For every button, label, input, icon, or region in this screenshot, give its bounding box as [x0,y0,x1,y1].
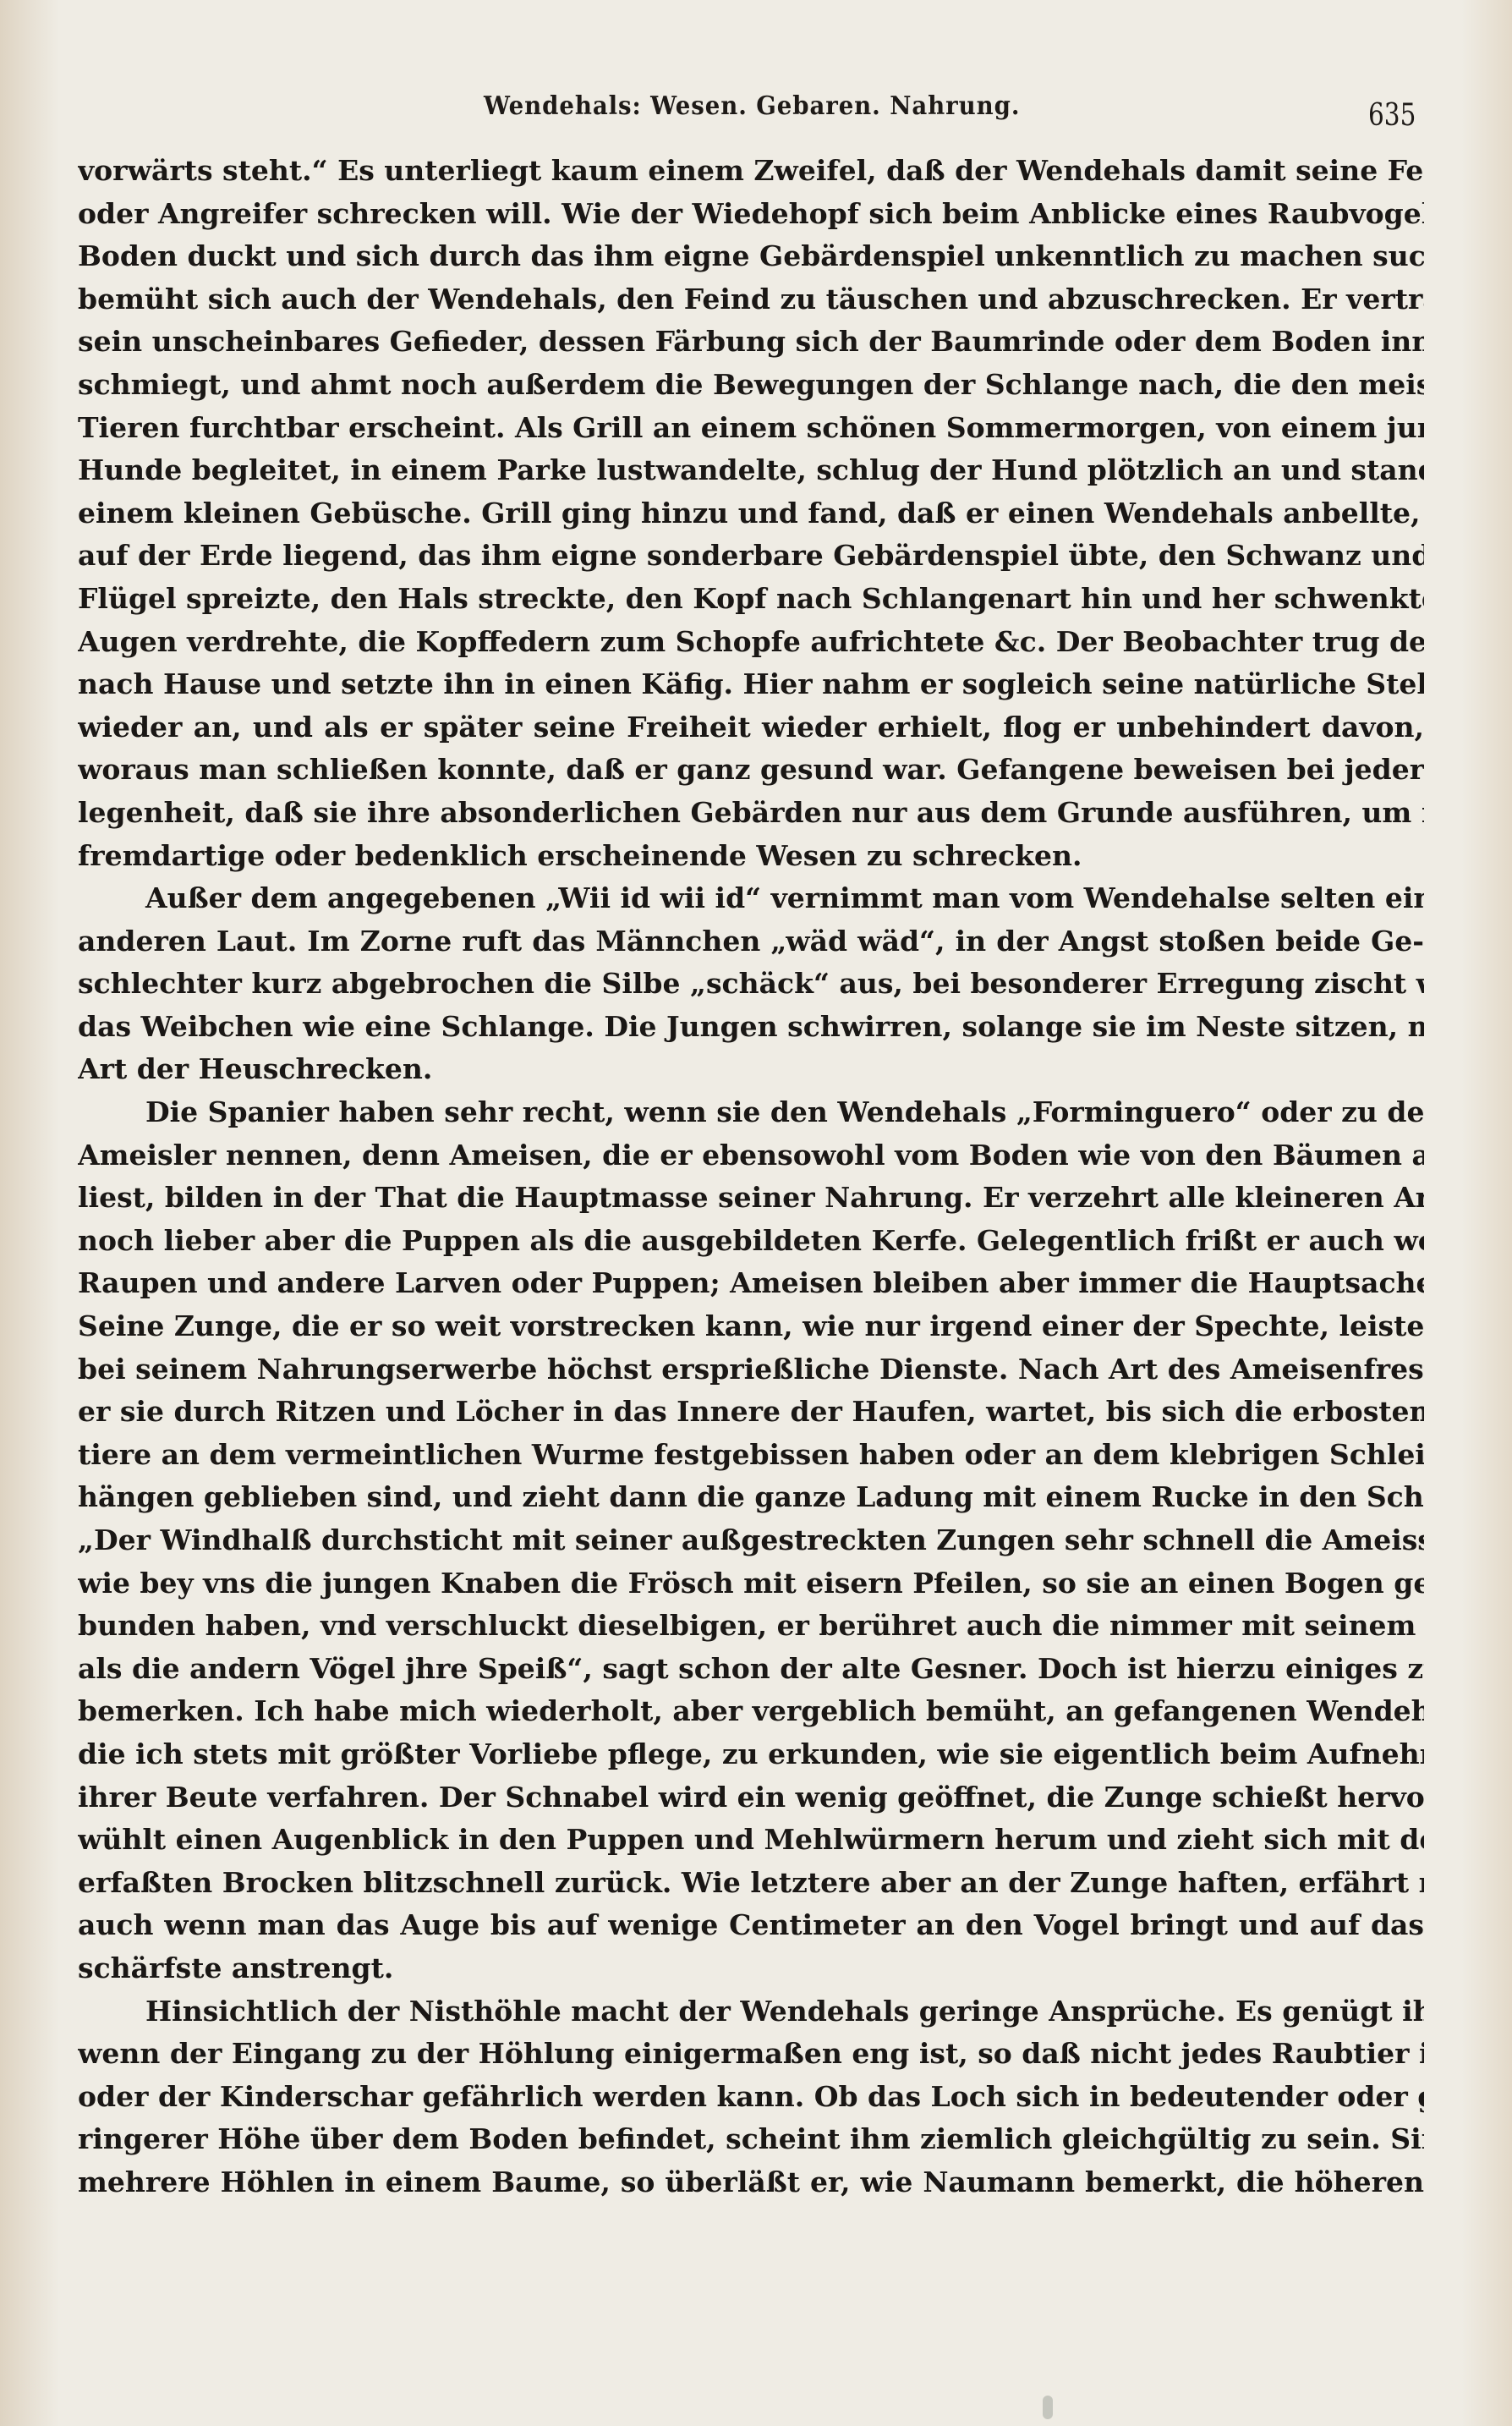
body-text: vorwärts steht.“ Es unterliegt kaum eine… [78,150,1424,2204]
text-line: Flügel spreizte, den Hals streckte, den … [78,578,1424,621]
text-line: erfaßten Brocken blitzschnell zurück. Wi… [78,1862,1424,1905]
text-line: sein unscheinbares Gefieder, dessen Färb… [78,321,1424,364]
text-line: Art der Heuschrecken. [78,1048,1424,1091]
text-line: wie bey vns die jungen Knaben die Frösch… [78,1562,1424,1605]
paragraph-food: Die Spanier haben sehr recht, wenn sie d… [78,1091,1424,1990]
text-line: Außer dem angegebenen „Wii id wii id“ ve… [78,877,1424,920]
text-line: hängen geblieben sind, und zieht dann di… [78,1476,1424,1519]
text-line: anderen Laut. Im Zorne ruft das Männchen… [78,920,1424,963]
text-line: ihrer Beute verfahren. Der Schnabel wird… [78,1776,1424,1819]
text-line: wenn der Eingang zu der Höhlung einigerm… [78,2033,1424,2076]
text-line: Seine Zunge, die er so weit vorstrecken … [78,1305,1424,1348]
text-line: Raupen und andere Larven oder Puppen; Am… [78,1262,1424,1305]
text-line: als die andern Vögel jhre Speiß“, sagt s… [78,1648,1424,1691]
text-line: schlechter kurz abgebrochen die Silbe „s… [78,963,1424,1006]
text-line: Die Spanier haben sehr recht, wenn sie d… [78,1091,1424,1134]
book-page: Wendehals: Wesen. Gebaren. Nahrung. 635 … [0,0,1512,2426]
text-line: auch wenn man das Auge bis auf wenige Ce… [78,1904,1424,1947]
text-line: Ameisler nennen, denn Ameisen, die er eb… [78,1134,1424,1177]
text-line: wieder an, und als er später seine Freih… [78,706,1424,749]
text-line: tiere an dem vermeintlichen Wurme festge… [78,1434,1424,1477]
paper-smudge [1043,2396,1053,2419]
paragraph-calls: Außer dem angegebenen „Wii id wii id“ ve… [78,877,1424,1091]
text-line: fremdartige oder bedenklich erscheinende… [78,835,1424,878]
text-line: einem kleinen Gebüsche. Grill ging hinzu… [78,492,1424,535]
page-number: 635 [1368,98,1416,133]
text-line: ringerer Höhe über dem Boden befindet, s… [78,2118,1424,2161]
text-line: wühlt einen Augenblick in den Puppen und… [78,1819,1424,1862]
text-line: noch lieber aber die Puppen als die ausg… [78,1220,1424,1263]
text-line: Boden duckt und sich durch das ihm eigne… [78,235,1424,278]
text-line: vorwärts steht.“ Es unterliegt kaum eine… [78,150,1424,193]
text-line: „Der Windhalß durchsticht mit seiner auß… [78,1519,1424,1562]
running-title: Wendehals: Wesen. Gebaren. Nahrung. [484,91,1020,121]
text-line: Augen verdrehte, die Kopffedern zum Scho… [78,621,1424,664]
text-line: bemerken. Ich habe mich wiederholt, aber… [78,1690,1424,1733]
text-line: die ich stets mit größter Vorliebe pfleg… [78,1733,1424,1776]
text-line: bei seinem Nahrungserwerbe höchst erspri… [78,1348,1424,1391]
text-line: er sie durch Ritzen und Löcher in das In… [78,1391,1424,1434]
text-line: woraus man schließen konnte, daß er ganz… [78,749,1424,792]
text-line: schmiegt, und ahmt noch außerdem die Bew… [78,364,1424,407]
text-line: oder Angreifer schrecken will. Wie der W… [78,193,1424,236]
text-line: auf der Erde liegend, das ihm eigne sond… [78,535,1424,578]
text-line: bunden haben, vnd verschluckt dieselbige… [78,1605,1424,1648]
text-line: mehrere Höhlen in einem Baume, so überlä… [78,2161,1424,2204]
text-line: Hunde begleitet, in einem Parke lustwand… [78,449,1424,492]
text-line: schärfste anstrengt. [78,1947,1424,1990]
paragraph-defense-behavior: vorwärts steht.“ Es unterliegt kaum eine… [78,150,1424,877]
text-line: liest, bilden in der That die Hauptmasse… [78,1177,1424,1220]
text-line: Tieren furchtbar erscheint. Als Grill an… [78,407,1424,450]
text-line: legenheit, daß sie ihre absonderlichen G… [78,792,1424,835]
paragraph-nesting: Hinsichtlich der Nisthöhle macht der Wen… [78,1990,1424,2204]
text-line: nach Hause und setzte ihn in einen Käfig… [78,663,1424,706]
text-line: oder der Kinderschar gefährlich werden k… [78,2076,1424,2119]
running-header: Wendehals: Wesen. Gebaren. Nahrung. 635 [0,85,1512,135]
text-line: Hinsichtlich der Nisthöhle macht der Wen… [78,1990,1424,2034]
text-line: das Weibchen wie eine Schlange. Die Jung… [78,1006,1424,1049]
text-line: bemüht sich auch der Wendehals, den Fein… [78,278,1424,321]
